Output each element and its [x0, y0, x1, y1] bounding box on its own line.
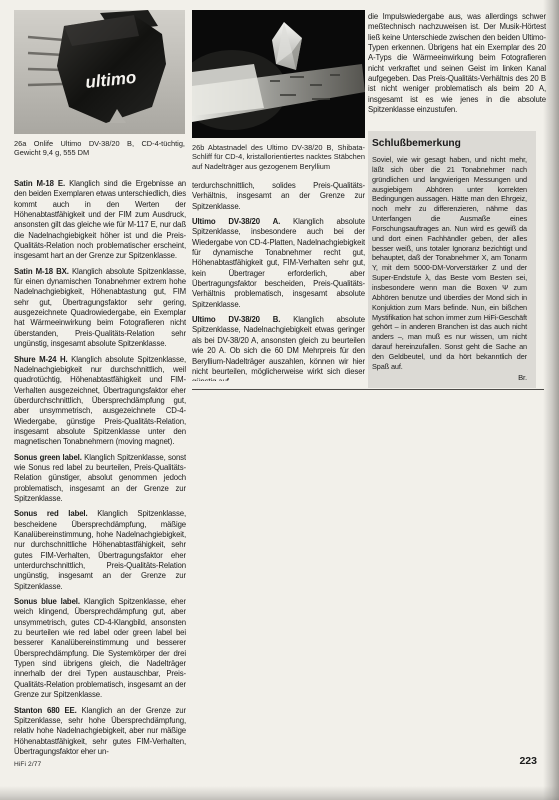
- product-name: Shure M-24 H.: [14, 355, 68, 364]
- product-name: Sonus red label.: [14, 509, 88, 518]
- figure-26b: 26b Abtastnadel des Ultimo DV-38/20 B, S…: [192, 10, 365, 171]
- review-continuation: terdurchschnittlich, solides Preis-Quali…: [192, 181, 365, 212]
- review-sonus-blue: Sonus blue label. Klanglich Spitzenklass…: [14, 597, 186, 700]
- review-shure-m24h: Shure M-24 H. Klanglich absolute Spitzen…: [14, 355, 186, 448]
- author-initials: Br.: [372, 373, 527, 383]
- review-satin-m18e: Satin M-18 E. Klanglich sind die Ergebni…: [14, 179, 186, 262]
- conclusion-body: Soviel, wie wir gesagt haben, und nicht …: [372, 155, 527, 372]
- magazine-page: ultimo 26a Onlife Ultimo DV-38/20 B, CD-…: [0, 0, 559, 800]
- cartridge-photo: ultimo: [14, 10, 185, 134]
- conclusion-heading: Schlußbemerkung: [372, 138, 527, 150]
- figure-26a: ultimo 26a Onlife Ultimo DV-38/20 B, CD-…: [14, 10, 185, 158]
- review-satin-m18bx: Satin M-18 BX. Klanglich absolute Spitze…: [14, 267, 186, 350]
- scan-edge-shadow-bottom: [0, 786, 559, 800]
- review-stanton-680ee: Stanton 680 EE. Klanglich an der Grenze …: [14, 706, 186, 758]
- review-sonus-red: Sonus red label. Klanglich Spitzenklasse…: [14, 509, 186, 592]
- product-name: Sonus green label.: [14, 453, 82, 462]
- product-name: Stanton 680 EE.: [14, 706, 77, 715]
- page-number: 223: [519, 755, 537, 767]
- figure-26a-caption: 26a Onlife Ultimo DV-38/20 B, CD-4-tücht…: [14, 139, 185, 158]
- review-ultimo-dv3820b: Ultimo DV-38/20 B. Klanglich absolute Sp…: [192, 315, 365, 381]
- product-name: Satin M-18 E.: [14, 179, 65, 188]
- product-name: Ultimo DV-38/20 B.: [192, 315, 280, 324]
- review-sonus-green: Sonus green label. Klanglich Spitzenklas…: [14, 453, 186, 505]
- end-of-article-rule: [192, 389, 544, 390]
- stylus-photo: [192, 10, 365, 138]
- conclusion-box: Schlußbemerkung Soviel, wie wir gesagt h…: [368, 131, 536, 388]
- review-ultimo-dv3820a: Ultimo DV-38/20 A. Klanglich absolute Sp…: [192, 217, 365, 310]
- column-left: Satin M-18 E. Klanglich sind die Ergebni…: [14, 179, 186, 757]
- product-name: Satin M-18 BX.: [14, 267, 69, 276]
- cartridge-illustration: ultimo: [14, 10, 185, 134]
- review-ultimo-continuation: die Impulswiedergabe aus, was allerdings…: [368, 12, 546, 124]
- journal-issue-footer: HiFi 2/77: [14, 761, 41, 768]
- column-middle: terdurchschnittlich, solides Preis-Quali…: [192, 181, 365, 381]
- stylus-illustration: [192, 10, 365, 138]
- column-right: die Impulswiedergabe aus, was allerdings…: [368, 12, 546, 388]
- figure-26b-caption: 26b Abtastnadel des Ultimo DV-38/20 B, S…: [192, 143, 365, 171]
- product-name: Ultimo DV-38/20 A.: [192, 217, 280, 226]
- product-name: Sonus blue label.: [14, 597, 80, 606]
